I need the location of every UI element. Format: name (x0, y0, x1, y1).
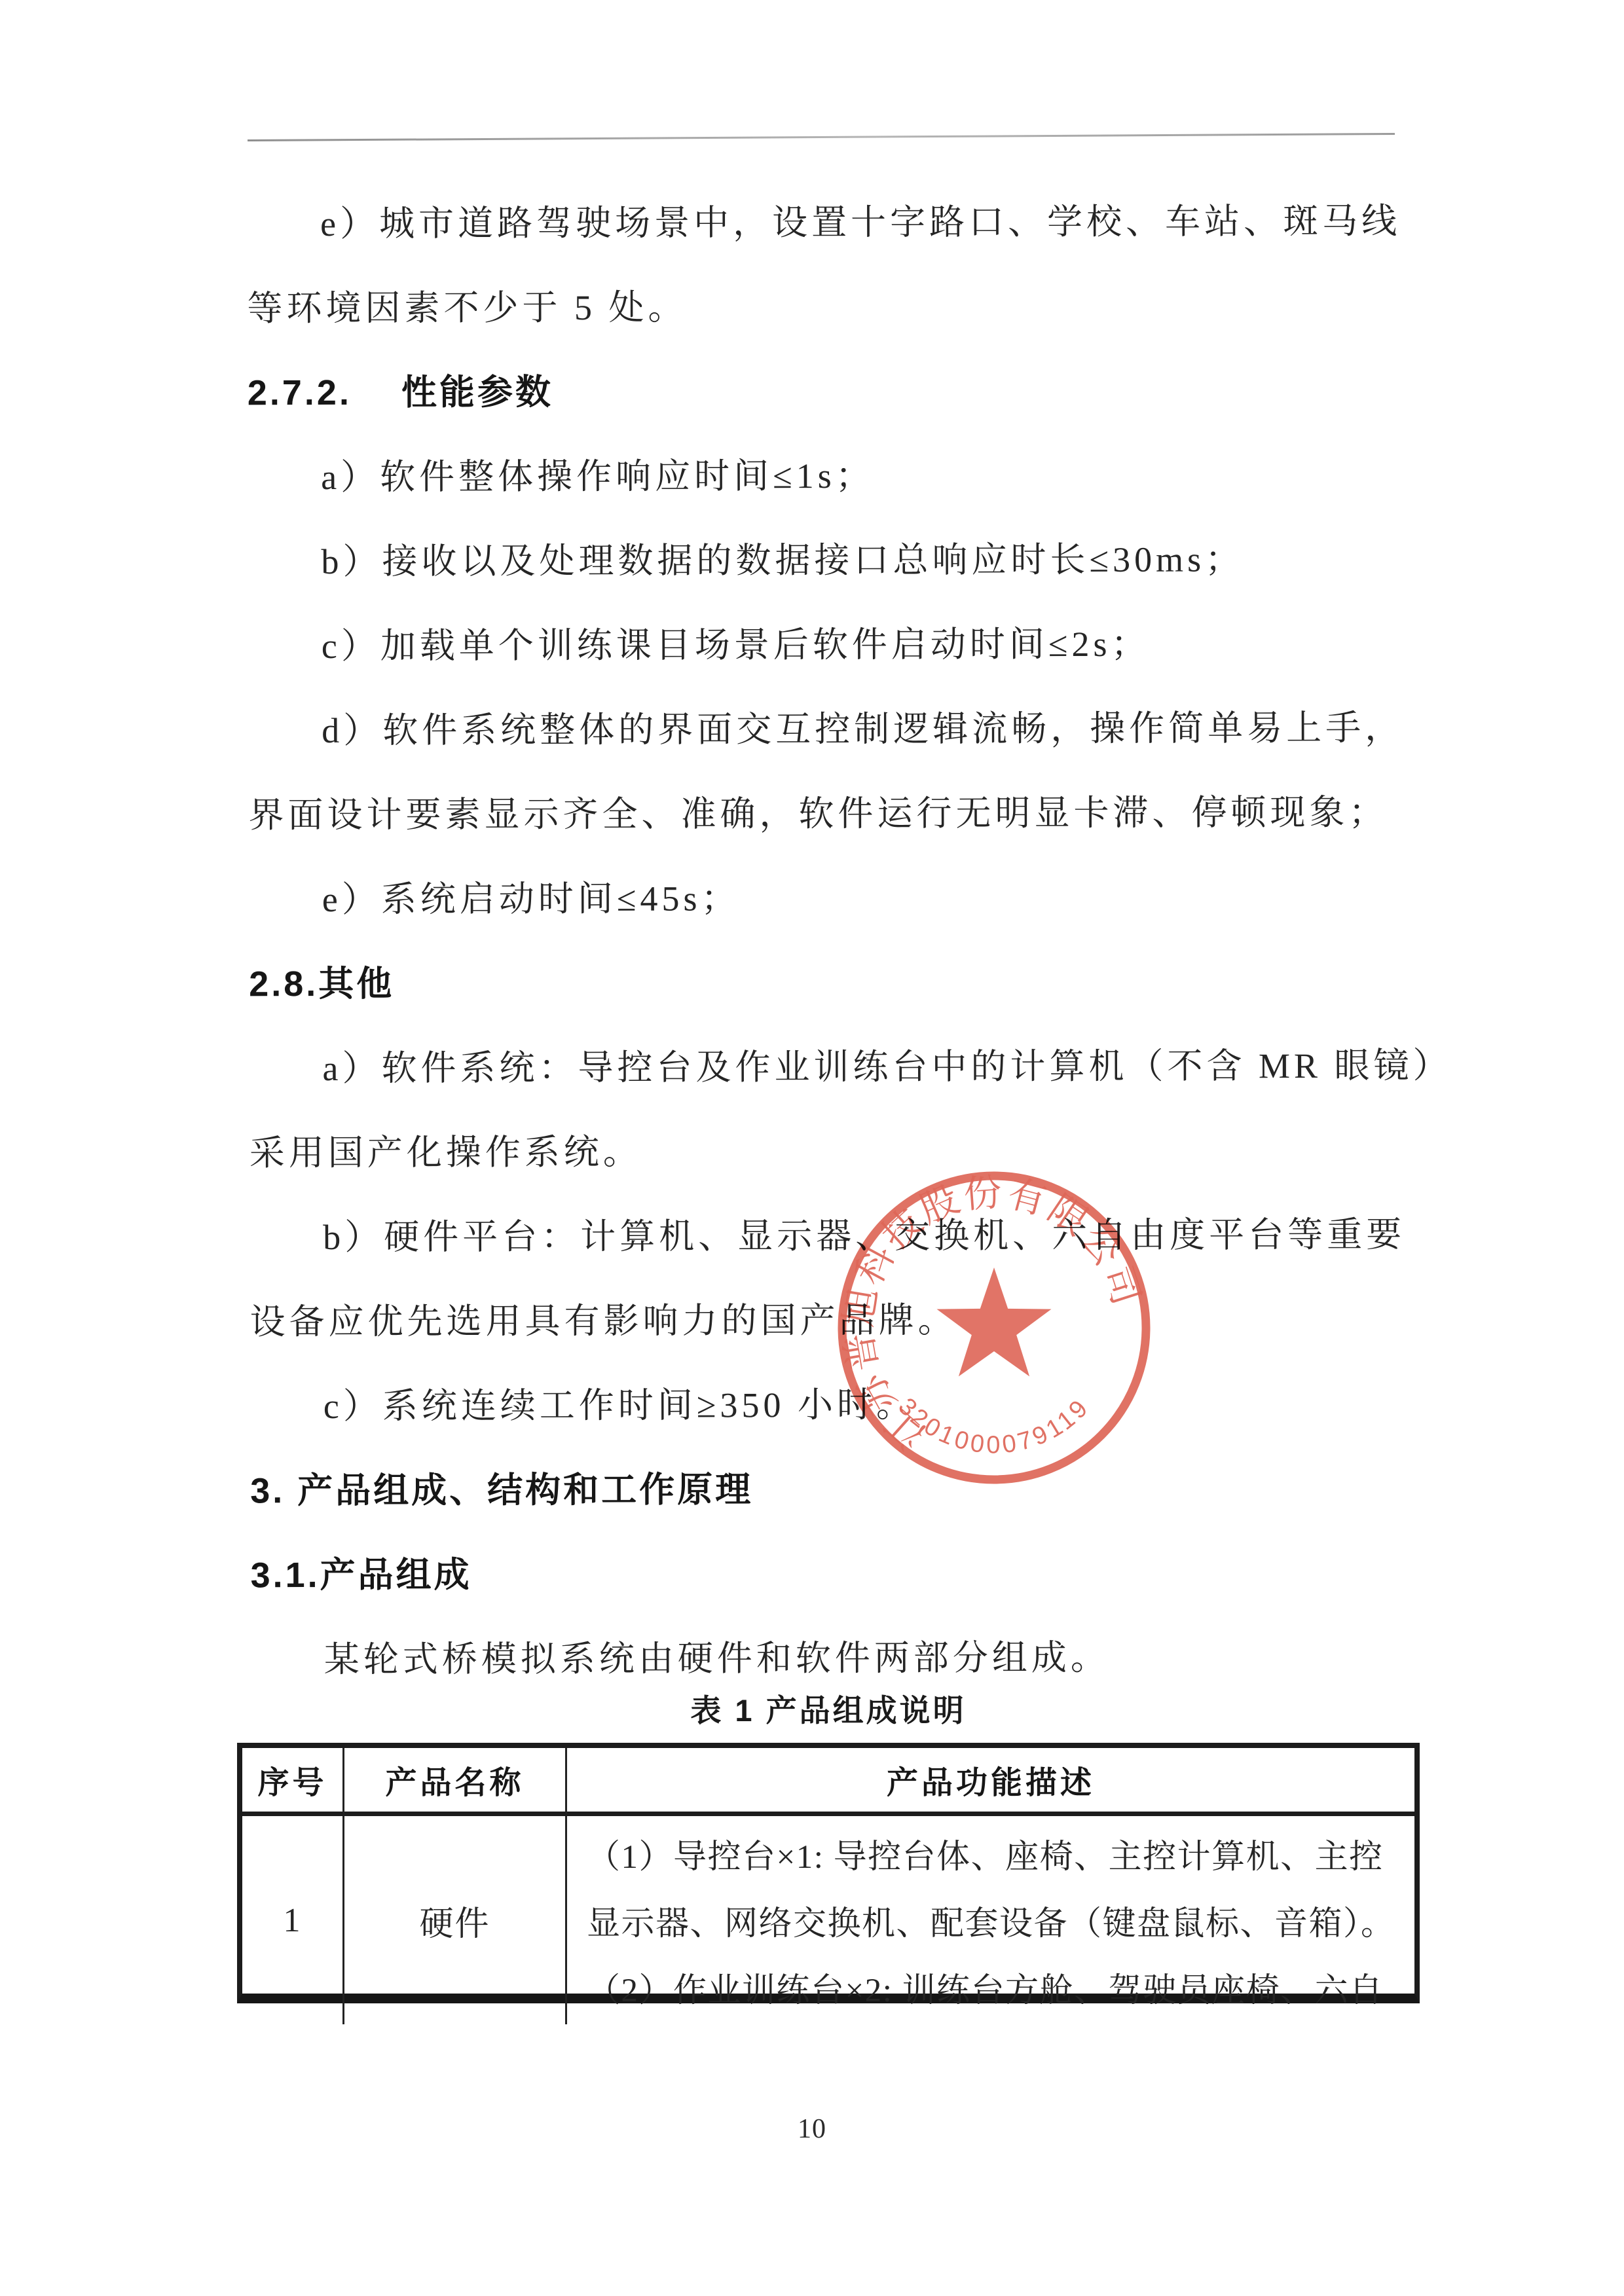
desc-line: （2）作业训练台×2: 训练台方舱、驾驶员座椅、六自 (587, 1958, 1384, 2024)
page-number: 10 (0, 2113, 1624, 2145)
document-page: e）城市道路驾驶场景中，设置十字路口、学校、车站、斑马线 等环境因素不少于 5 … (0, 0, 1624, 2296)
heading-3-1: 3.1.产品组成 (250, 1531, 1409, 1618)
paragraph-line: 等环境因素不少于 5 处。 (247, 264, 1406, 352)
table-header-no: 序号 (242, 1748, 344, 1816)
desc-line: （1）导控台×1: 导控台体、座椅、主控计算机、主控 (587, 1824, 1384, 1891)
header-rule (248, 133, 1395, 141)
table-header-desc: 产品功能描述 (567, 1748, 1414, 1816)
paragraph-line: 界面设计要素显示齐全、准确，软件运行无明显卡滞、停顿现象； (248, 771, 1407, 858)
desc-line: 显示器、网络交换机、配套设备（键盘鼠标、音箱）。 (587, 1891, 1395, 1958)
paragraph-line: 某轮式桥模拟系统由硬件和软件两部分组成。 (251, 1615, 1410, 1703)
table-cell-desc: （1）导控台×1: 导控台体、座椅、主控计算机、主控 显示器、网络交换机、配套设… (567, 1816, 1414, 2024)
heading-2-7-2: 2.7.2. 性能参数 (248, 348, 1407, 436)
paragraph-line: a）软件整体操作响应时间≤1s； (248, 433, 1407, 520)
heading-2-8: 2.8.其他 (249, 939, 1408, 1027)
seal-code-text: 3201000079119 (893, 1393, 1095, 1459)
paragraph-line: d）软件系统整体的界面交互控制逻辑流畅，操作简单易上手， (248, 686, 1407, 774)
table-caption: 表 1 产品组成说明 (237, 1692, 1420, 1730)
paragraph-line: a）软件系统：导控台及作业训练台中的计算机（不含 MR 眼镜） (249, 1024, 1408, 1112)
company-seal: 江苏普旭科技股份有限公司 3201000079119 (824, 1157, 1164, 1498)
table-cell-name: 硬件 (344, 1816, 567, 2024)
paragraph-line: c）加载单个训练课目场景后软件启动时间≤2s； (248, 602, 1407, 689)
paragraph-line: e）城市道路驾驶场景中，设置十字路口、学校、车站、斑马线 (247, 179, 1406, 267)
paragraph-line: b）接收以及处理数据的数据接口总响应时长≤30ms； (248, 517, 1407, 605)
table-header-name: 产品名称 (344, 1748, 567, 1816)
product-composition-table: 序号 产品名称 产品功能描述 1 硬件 （1）导控台×1: 导控台体、座椅、主控… (237, 1743, 1420, 2003)
seal-star-icon (937, 1267, 1052, 1376)
paragraph-line: e）系统启动时间≤45s； (249, 855, 1408, 943)
table-cell-no: 1 (242, 1816, 344, 2024)
